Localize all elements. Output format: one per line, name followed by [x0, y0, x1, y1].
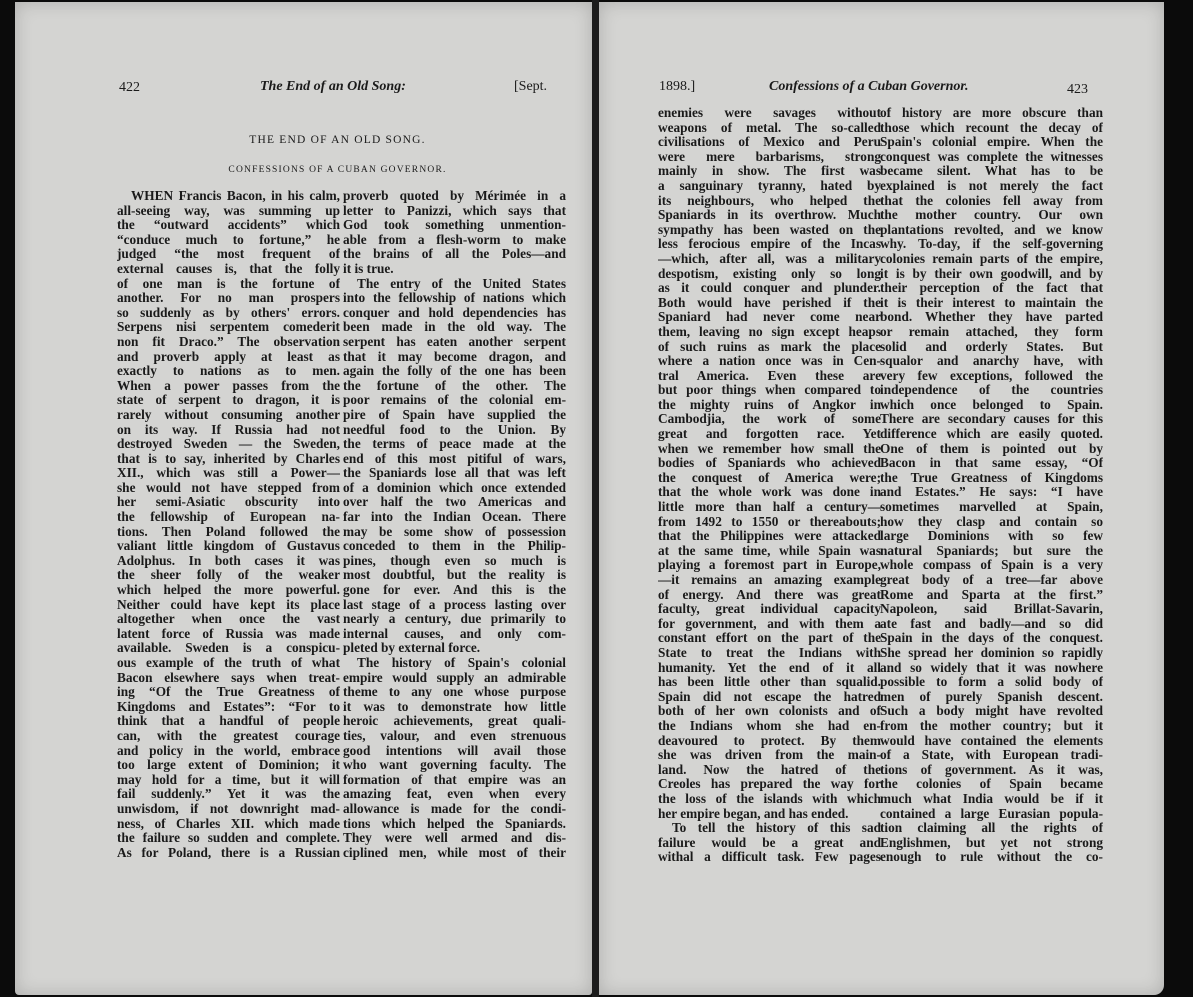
text-line: colonies remain parts of the empire,: [880, 252, 1103, 267]
text-line: of a dominion which once extended: [343, 481, 566, 496]
text-line: the mother country. Our own: [880, 208, 1103, 223]
date-mark: 1898.]: [659, 79, 695, 95]
text-line: Napoleon, said Brillat-Savarin,: [880, 602, 1103, 617]
text-line: and so widely that it was nowhere: [880, 661, 1103, 676]
text-line: the colonies of Spain became: [880, 777, 1103, 792]
text-line: its neighbours, who helped the: [658, 194, 881, 209]
text-line: the failure so sudden and complete.: [117, 831, 340, 846]
text-line: rarely without consuming another: [117, 408, 340, 423]
text-line: ate fast and badly—and so did: [880, 617, 1103, 632]
text-line: became silent. What has to be: [880, 164, 1103, 179]
text-line: latent force of Russia was made: [117, 627, 340, 642]
right-page: 1898.] Confessions of a Cuban Governor. …: [599, 2, 1164, 995]
text-line: Adolphus. In both cases it was: [117, 554, 340, 569]
text-line: which once belonged to Spain.: [880, 398, 1103, 413]
text-line: good intentions will avail those: [343, 744, 566, 759]
text-line: When a power passes from the: [117, 379, 340, 394]
text-line: Creoles has prepared the way for: [658, 777, 881, 792]
text-line: and proverb apply at least as: [117, 350, 340, 365]
text-line: Englishmen, but yet not strong: [880, 836, 1103, 851]
text-line: Serpens nisi serpentem comederit: [117, 320, 340, 335]
text-line: a sanguinary tyranny, hated by: [658, 179, 881, 194]
text-line: enough to rule without the co-: [880, 850, 1103, 865]
text-line: that the whole work was done in: [658, 485, 881, 500]
text-line: proverb quoted by Mérimée in a: [343, 189, 566, 204]
text-line: Both would have perished if the: [658, 296, 881, 311]
text-line: but poor things when compared to: [658, 383, 881, 398]
text-line: formation of that empire was an: [343, 773, 566, 788]
text-column-2: of history are more obscure thanthose wh…: [880, 106, 1103, 865]
text-line: were mere barbarisms, strong: [658, 150, 881, 165]
text-line: for government, and with them a: [658, 617, 881, 632]
text-line: amazing feat, even when every: [343, 787, 566, 802]
text-line: so suddenly as by others' errors.: [117, 306, 340, 321]
text-line: it is by their own goodwill, and by: [880, 267, 1103, 282]
text-line: the fortune of the other. The: [343, 379, 566, 394]
text-line: the Spaniards lose all that was left: [343, 466, 566, 481]
text-line: difference which are easily quoted.: [880, 427, 1103, 442]
text-line: nearly a century, due primarily to: [343, 612, 566, 627]
text-line: valiant little kingdom of Gustavus: [117, 539, 340, 554]
text-line: natural Spaniards; but sure the: [880, 544, 1103, 559]
text-line: too large extent of Dominion; it: [117, 758, 340, 773]
text-line: she would not have stepped from: [117, 481, 340, 496]
left-page: 422 The End of an Old Song: [Sept. THE E…: [15, 2, 592, 995]
page-gutter: [592, 0, 599, 997]
text-line: has been little other than squalid.: [658, 675, 881, 690]
text-line: ness, of Charles XII. which made: [117, 817, 340, 832]
text-line: The entry of the United States: [343, 277, 566, 292]
text-line: that the colonies fell away from: [880, 194, 1103, 209]
text-line: the loss of the islands with which: [658, 792, 881, 807]
article-subtitle: CONFESSIONS OF A CUBAN GOVERNOR.: [120, 165, 555, 175]
text-line: the terms of peace made at the: [343, 437, 566, 452]
text-line: Spain did not escape the hatred: [658, 690, 881, 705]
text-line: large Dominions with so few: [880, 529, 1103, 544]
text-line: external causes is, that the folly: [117, 262, 340, 277]
text-line: available. Sweden is a conspicu-: [117, 641, 340, 656]
text-line: or remain attached, they form: [880, 325, 1103, 340]
text-line: There are secondary causes for this: [880, 412, 1103, 427]
text-line: mainly in show. The first was: [658, 164, 881, 179]
text-line: XII., which was still a Power—: [117, 466, 340, 481]
text-line: that it may become dragon, and: [343, 350, 566, 365]
text-line: as it could conquer and plunder.: [658, 281, 881, 296]
text-line: from 1492 to 1550 or thereabouts;: [658, 515, 881, 530]
text-line: As for Poland, there is a Russian: [117, 846, 340, 861]
text-line: unwisdom, if not downright mad-: [117, 802, 340, 817]
text-line: over half the two Americas and: [343, 495, 566, 510]
text-line: much what India would be if it: [880, 792, 1103, 807]
text-line: that the Philippines were attacked: [658, 529, 881, 544]
text-line: pines, though even so much is: [343, 554, 566, 569]
text-line: would have contained the elements: [880, 734, 1103, 749]
text-line: her semi-Asiatic obscurity into: [117, 495, 340, 510]
text-line: and Estates.” He says: “I have: [880, 485, 1103, 500]
text-line: state of serpent to dragon, it is: [117, 393, 340, 408]
text-column-1: WHEN Francis Bacon, in his calm,all-seei…: [117, 189, 340, 860]
text-line: pleted by external force.: [343, 641, 566, 656]
text-line: her empire began, and has ended.: [658, 807, 881, 822]
text-line: WHEN Francis Bacon, in his calm,: [117, 189, 340, 204]
text-line: withal a difficult task. Few pages: [658, 850, 881, 865]
text-line: tions of government. As it was,: [880, 763, 1103, 778]
text-line: their perception of the fact that: [880, 281, 1103, 296]
text-line: gone for ever. And this is the: [343, 583, 566, 598]
text-line: the mighty ruins of Angkor in: [658, 398, 881, 413]
text-line: it is true.: [343, 262, 566, 277]
text-column-2: proverb quoted by Mérimée in aletter to …: [343, 189, 566, 860]
text-line: constant effort on the part of the: [658, 631, 881, 646]
text-line: ties, valour, and even strenuous: [343, 729, 566, 744]
text-line: deavoured to protect. By them: [658, 734, 881, 749]
text-line: Cambodjia, the work of some: [658, 412, 881, 427]
text-line: civilisations of Mexico and Peru: [658, 135, 881, 150]
text-line: can, with the greatest courage: [117, 729, 340, 744]
text-line: the “outward accidents” which: [117, 218, 340, 233]
date-mark: [Sept.: [514, 79, 547, 95]
text-line: at the same time, while Spain was: [658, 544, 881, 559]
text-line: theme to any one whose purpose: [343, 685, 566, 700]
text-line: Neither could have kept its place: [117, 598, 340, 613]
text-line: both of her own colonists and of: [658, 704, 881, 719]
page-number: 423: [1067, 82, 1088, 98]
text-line: —it remains an amazing example: [658, 573, 881, 588]
text-line: the fellowship of European na-: [117, 510, 340, 525]
text-line: tions which helped the Spaniards.: [343, 817, 566, 832]
text-line: faculty, great individual capacity: [658, 602, 881, 617]
text-line: all-seeing way, was summing up: [117, 204, 340, 219]
text-line: “conduce much to fortune,” he: [117, 233, 340, 248]
text-line: sympathy has been wasted on the: [658, 223, 881, 238]
text-line: fail suddenly.” Yet it was the: [117, 787, 340, 802]
text-line: internal causes, and only com-: [343, 627, 566, 642]
text-line: the conquest of America were;: [658, 471, 881, 486]
text-line: less ferocious empire of the Incas: [658, 237, 881, 252]
text-line: again the folly of the one has been: [343, 364, 566, 379]
text-line: of one man is the fortune of: [117, 277, 340, 292]
page-number: 422: [119, 80, 140, 96]
text-line: why. To-day, if the self-governing: [880, 237, 1103, 252]
text-line: it is their interest to maintain the: [880, 296, 1103, 311]
text-line: Kingdoms and Estates”: “For to: [117, 700, 340, 715]
text-line: the brains of all the Poles—and: [343, 247, 566, 262]
text-line: despotism, existing only so long: [658, 267, 881, 282]
text-line: pire of Spain have supplied the: [343, 408, 566, 423]
text-line: been made in the old way. The: [343, 320, 566, 335]
text-line: very few exceptions, followed the: [880, 369, 1103, 384]
text-line: plantations revolted, and we know: [880, 223, 1103, 238]
text-line: Spaniards in its overthrow. Much: [658, 208, 881, 223]
running-title: The End of an Old Song:: [260, 79, 406, 95]
text-line: and policy in the world, embrace: [117, 744, 340, 759]
article-title: THE END OF AN OLD SONG.: [120, 134, 555, 146]
text-line: last stage of a process lasting over: [343, 598, 566, 613]
text-line: which helped the more powerful.: [117, 583, 340, 598]
text-line: able from a flesh-worm to make: [343, 233, 566, 248]
text-line: great body of a tree—far above: [880, 573, 1103, 588]
text-line: who want governing faculty. The: [343, 758, 566, 773]
text-line: serpent has eaten another serpent: [343, 335, 566, 350]
text-line: men of purely Spanish descent.: [880, 690, 1103, 705]
text-line: altogether when once the vast: [117, 612, 340, 627]
text-line: may be some show of possession: [343, 525, 566, 540]
text-line: of such ruins as mark the place: [658, 340, 881, 355]
text-line: little more than half a century—: [658, 500, 881, 515]
text-line: explained is not merely the fact: [880, 179, 1103, 194]
text-line: needful food to the Union. By: [343, 423, 566, 438]
text-line: them, leaving no sign except heaps: [658, 325, 881, 340]
text-line: Spain's colonial empire. When the: [880, 135, 1103, 150]
text-line: the True Greatness of Kingdoms: [880, 471, 1103, 486]
text-line: of a State, with European tradi-: [880, 748, 1103, 763]
text-line: think that a handful of people: [117, 714, 340, 729]
text-line: tion claiming all the rights of: [880, 821, 1103, 836]
text-line: destroyed Sweden — the Sweden,: [117, 437, 340, 452]
text-line: failure would be a great and: [658, 836, 881, 851]
text-line: empire would supply an admirable: [343, 671, 566, 686]
text-line: Bacon elsewhere says when treat-: [117, 671, 340, 686]
text-line: land. Now the hatred of the: [658, 763, 881, 778]
text-line: possible to form a solid body of: [880, 675, 1103, 690]
text-line: ciplined men, while most of their: [343, 846, 566, 861]
text-line: far into the Indian Ocean. There: [343, 510, 566, 525]
text-line: poor remains of the colonial em-: [343, 393, 566, 408]
text-line: the sheer folly of the weaker: [117, 568, 340, 583]
text-line: that is to say, inherited by Charles: [117, 452, 340, 467]
text-line: Spaniard had never come near: [658, 310, 881, 325]
text-line: conquest was complete the witnesses: [880, 150, 1103, 165]
text-line: playing a foremost part in Europe,: [658, 558, 881, 573]
text-line: Spain in the days of the conquest.: [880, 631, 1103, 646]
text-line: Bacon in that same essay, “Of: [880, 456, 1103, 471]
text-line: end of this most pitiful of wars,: [343, 452, 566, 467]
text-line: To tell the history of this sad: [658, 821, 881, 836]
text-line: God took something unmention-: [343, 218, 566, 233]
text-line: bond. Whether they have parted: [880, 310, 1103, 325]
text-line: those which recount the decay of: [880, 121, 1103, 136]
text-line: Rome and Sparta at the first.”: [880, 588, 1103, 603]
text-line: on its way. If Russia had not: [117, 423, 340, 438]
text-line: of history are more obscure than: [880, 106, 1103, 121]
text-line: tral America. Even these are: [658, 369, 881, 384]
text-line: conquer and hold dependencies has: [343, 306, 566, 321]
text-line: judged “the most frequent of: [117, 247, 340, 262]
text-line: letter to Panizzi, which says that: [343, 204, 566, 219]
text-line: exactly to nations as to men.: [117, 364, 340, 379]
text-line: bodies of Spaniards who achieved: [658, 456, 881, 471]
text-line: how they clasp and contain so: [880, 515, 1103, 530]
running-title: Confessions of a Cuban Governor.: [769, 79, 969, 95]
text-line: Such a body might have revolted: [880, 704, 1103, 719]
text-line: enemies were savages without: [658, 106, 881, 121]
text-line: of energy. And there was great: [658, 588, 881, 603]
text-line: another. For no man prospers: [117, 291, 340, 306]
text-line: conceded to them in the Philip-: [343, 539, 566, 554]
text-line: heroic achievements, great quali-: [343, 714, 566, 729]
text-line: State to treat the Indians with: [658, 646, 881, 661]
text-line: They were well armed and dis-: [343, 831, 566, 846]
text-line: ous example of the truth of what: [117, 656, 340, 671]
text-line: the Indians whom she had en-: [658, 719, 881, 734]
text-line: she was driven from the main-: [658, 748, 881, 763]
text-line: humanity. Yet the end of it all: [658, 661, 881, 676]
text-line: may hold for a time, but it will: [117, 773, 340, 788]
text-line: into the fellowship of nations which: [343, 291, 566, 306]
text-line: One of them is pointed out by: [880, 442, 1103, 457]
text-line: great and forgotten race. Yet: [658, 427, 881, 442]
text-line: when we remember how small the: [658, 442, 881, 457]
text-line: from the mother country; but it: [880, 719, 1103, 734]
text-line: squalor and anarchy have, with: [880, 354, 1103, 369]
text-line: sometimes marvelled at Spain,: [880, 500, 1103, 515]
text-line: The history of Spain's colonial: [343, 656, 566, 671]
text-line: tions. Then Poland followed the: [117, 525, 340, 540]
text-line: —which, after all, was a military: [658, 252, 881, 267]
text-line: She spread her dominion so rapidly: [880, 646, 1103, 661]
text-line: weapons of metal. The so-called: [658, 121, 881, 136]
text-line: whole compass of Spain is a very: [880, 558, 1103, 573]
text-line: it was to demonstrate how little: [343, 700, 566, 715]
text-line: most doubtful, but the reality is: [343, 568, 566, 583]
text-line: solid and orderly States. But: [880, 340, 1103, 355]
text-line: non fit Draco.” The observation: [117, 335, 340, 350]
text-line: ing “Of the True Greatness of: [117, 685, 340, 700]
text-line: contained a large Eurasian popula-: [880, 807, 1103, 822]
text-line: allowance is made for the condi-: [343, 802, 566, 817]
text-line: independence of the countries: [880, 383, 1103, 398]
text-column-1: enemies were savages withoutweapons of m…: [658, 106, 881, 865]
text-line: where a nation once was in Cen-: [658, 354, 881, 369]
